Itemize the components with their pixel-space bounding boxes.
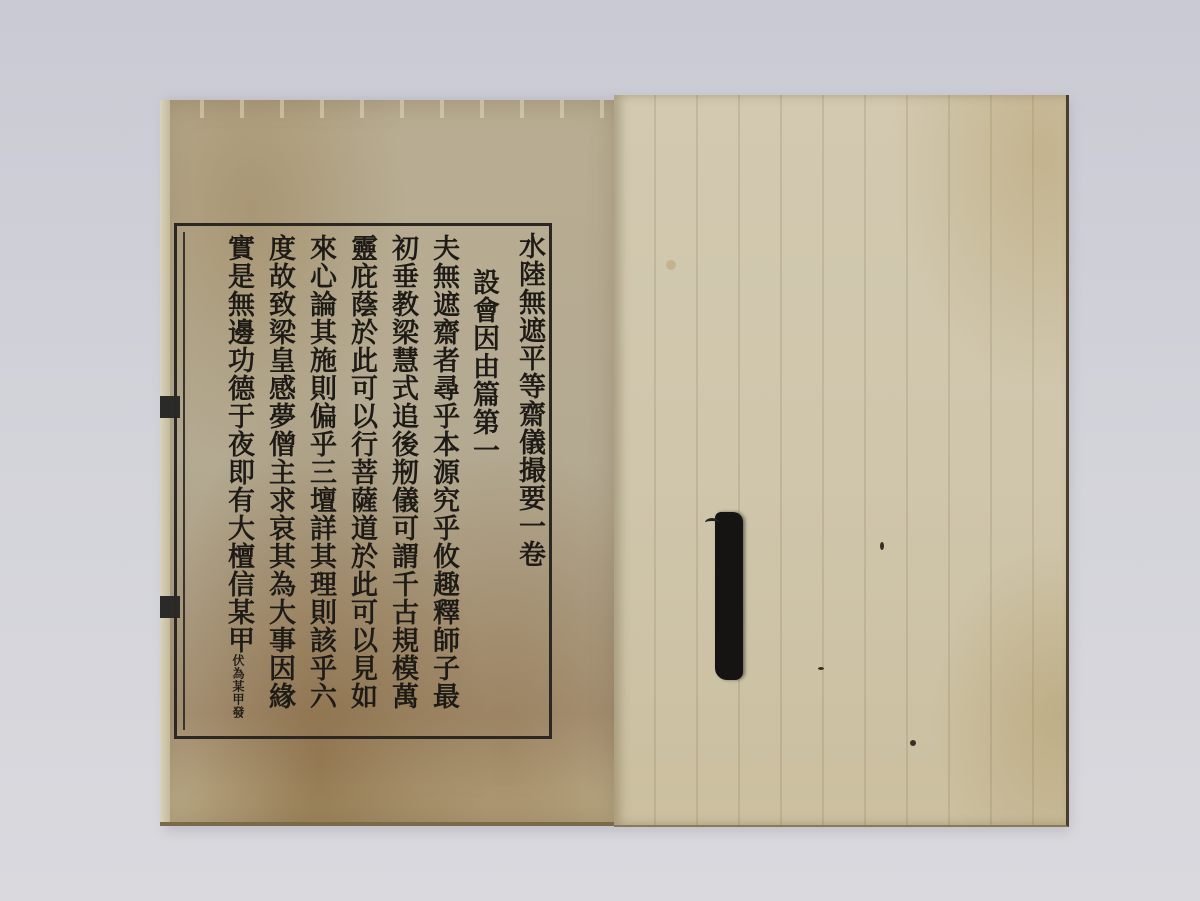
body-column-text: 實是無邊功德于夜即有大檀信某甲 (223, 234, 254, 654)
foxing-spot (666, 260, 676, 270)
body-column: 初垂教梁慧式追後剏儀可謂千古規模萬 (381, 226, 422, 736)
water-stain (160, 100, 618, 118)
body-column: 來心論其施則偏乎三壇詳其理則該乎六 (299, 226, 340, 736)
chapter-heading-column: 設會因由篇第一 (463, 226, 503, 736)
body-column: 夫無遮齋者尋乎本源究乎攸趣釋師子最 (422, 226, 463, 736)
right-page (614, 95, 1069, 827)
frame-inner-rule (183, 232, 185, 730)
body-column: 度故致梁皇感夢僧主求哀其為大事因緣 (258, 226, 299, 736)
ink-speck (910, 740, 916, 746)
ink-speck (880, 542, 884, 550)
body-column: 靈庇蔭於此可以行菩薩道於此可以見如 (340, 226, 381, 736)
interlinear-annotation: 伏為某甲發 (231, 654, 245, 719)
body-column-last: 實是無邊功德于夜即有大檀信某甲伏為某甲發 (217, 226, 258, 736)
page-number-label: 1 (700, 512, 760, 680)
binding-edge (160, 100, 170, 822)
text-columns: 水陸無遮平等齋儀撮要一卷 設會因由篇第一 夫無遮齋者尋乎本源究乎攸趣釋師子最 初… (217, 226, 549, 736)
ink-speck (818, 667, 824, 670)
left-page: 水陸無遮平等齋儀撮要一卷 設會因由篇第一 夫無遮齋者尋乎本源究乎攸趣釋師子最 初… (160, 100, 618, 826)
printed-text-frame: 水陸無遮平等齋儀撮要一卷 設會因由篇第一 夫無遮齋者尋乎本源究乎攸趣釋師子最 初… (174, 223, 552, 739)
title-column: 水陸無遮平等齋儀撮要一卷 (503, 226, 549, 736)
